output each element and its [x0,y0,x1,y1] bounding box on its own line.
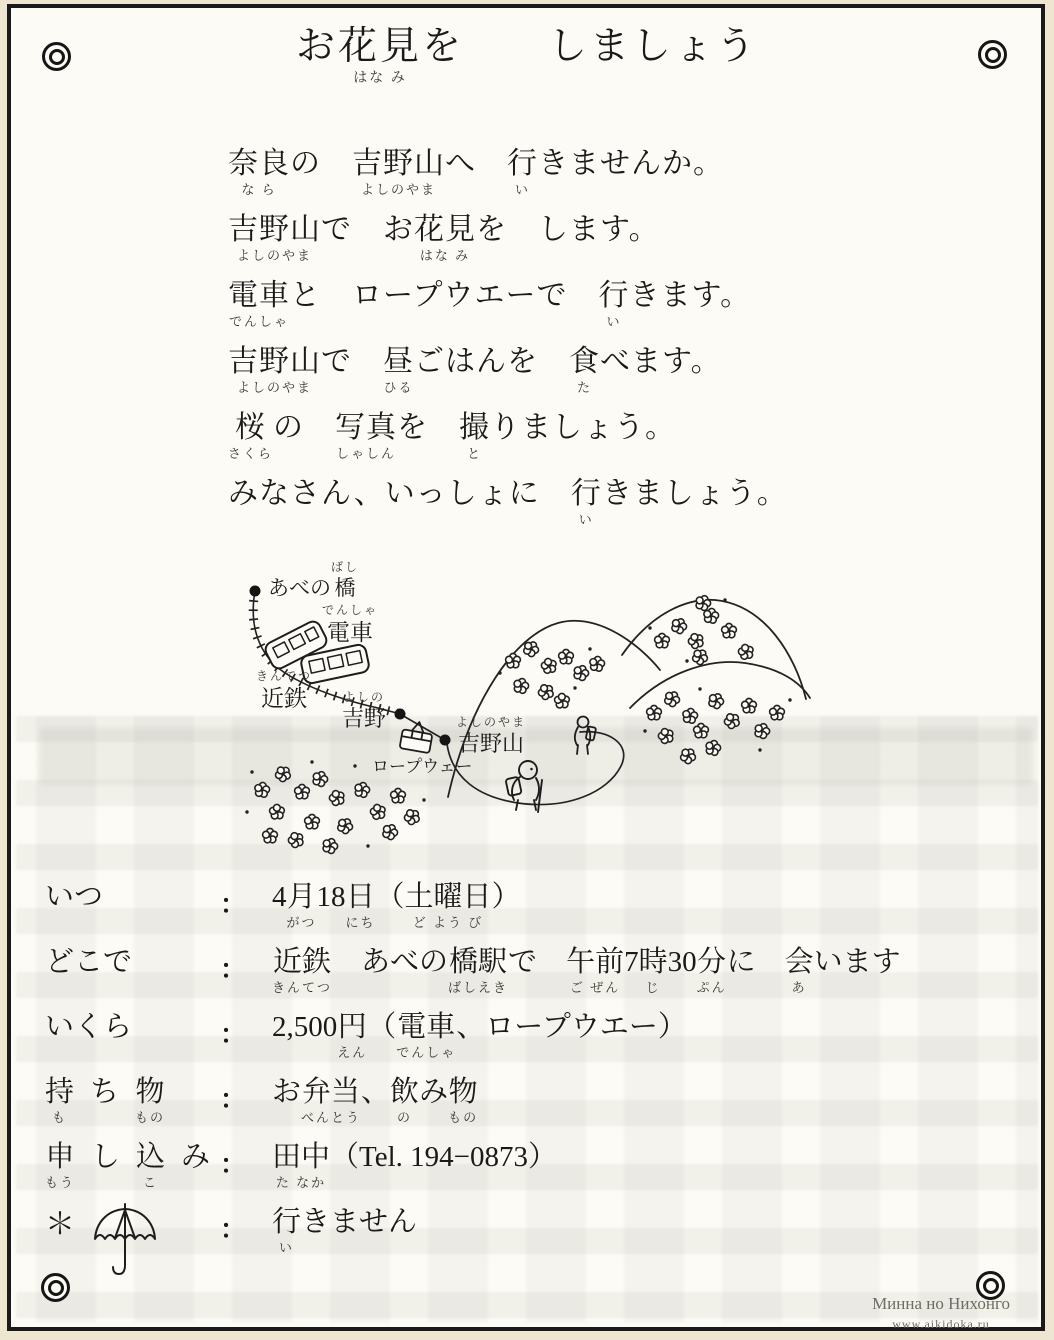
detail-value: お弁当べんとう、飲のみ物もの [272,1075,1036,1126]
detail-row-cost: いくら ： 2,500円えん（電車でんしゃ、ロープウエー） [45,1010,1036,1075]
detail-label: いくら [45,1010,220,1061]
invitation-text: 奈良な らの 吉野山よしのやまへ 行いきませんか。 吉野山よしのやまで お花見は… [228,146,788,542]
detail-row-when: いつ ： 4月がつ18日にち（土曜日ど よう び） [45,880,1036,945]
colon-separator: ： [220,1140,272,1181]
detail-row-bring: 持もち物もの ： お弁当べんとう、飲のみ物もの [45,1075,1036,1140]
text-line: 奈良な らの 吉野山よしのやまへ 行いきませんか。 [228,146,788,212]
detail-value: 行いきません [272,1205,1036,1256]
colon-separator: ： [220,880,272,921]
watermark: Минна но Нихонго www.aikidoka.ru [872,1293,1010,1332]
text-line: 吉野山よしのやまで お花見はな みを します。 [228,212,788,278]
colon-separator: ： [220,1075,272,1116]
text-line: 吉野山よしのやまで 昼ひるごはんを 食たべます。 [228,344,788,410]
detail-value: 2,500円えん（電車でんしゃ、ロープウエー） [272,1010,1036,1061]
detail-row-apply: 申もうし込こみ ： 田中た なか（Tel. 194−0873） [45,1140,1036,1205]
station-dot-yoshinoyama [440,735,451,746]
grommet-top-left [42,42,71,71]
station-dot-yoshino [395,709,406,720]
station-dot-abenobashi [250,586,261,597]
text-line: みなさん、いっしょに 行いきましょう。 [228,476,788,542]
detail-label: いつ [45,880,220,931]
details-list: いつ ： 4月がつ18日にち（土曜日ど よう び） どこで ： 近鉄きんてつ あ… [45,880,1036,1270]
detail-label: どこで [45,945,220,996]
text-line: 桜さくらの 写真しゃしんを 撮とりましょう。 [228,410,788,476]
detail-label: 持もち物もの [45,1075,220,1126]
map-label-yoshinoyama: 吉野山よしのやま [456,716,526,757]
hiker-icon-small [575,717,596,755]
map-label-yoshino: 吉野よしの [342,691,386,732]
detail-label: ＊ [45,1205,220,1281]
colon-separator: ： [220,1205,272,1246]
watermark-url: www.aikidoka.ru [872,1316,1010,1332]
colon-separator: ： [220,945,272,986]
hills [448,600,810,797]
detail-row-where: どこで ： 近鉄きんてつ あべの橋駅ばしえきで 午前ご ぜん7時じ30分ぷんに … [45,945,1036,1010]
grommet-top-right [978,40,1007,69]
detail-value: 近鉄きんてつ あべの橋駅ばしえきで 午前ご ぜん7時じ30分ぷんに 会あいます [272,945,1036,996]
detail-value: 田中た なか（Tel. 194−0873） [272,1140,1036,1191]
colon-separator: ： [220,1010,272,1051]
detail-label: 申もうし込こみ [45,1140,220,1191]
map-label-abenobashi: あべの橋ばし [268,561,359,601]
map-label-kintetsu: 近鉄きんてつ [256,670,312,713]
umbrella-icon [91,1201,159,1281]
map-label-densha: 電車でんしゃ [322,604,378,647]
cable-car-icon [400,719,435,753]
watermark-title: Минна но Нихонго [872,1293,1010,1316]
asterisk-marker: ＊ [45,1205,75,1259]
detail-value: 4月がつ18日にち（土曜日ど よう び） [272,880,1036,931]
detail-row-rain: ＊ ： 行いきません [45,1205,1036,1270]
page-title: お花見はな みを しましょう [0,24,1054,89]
grommet-bottom-left [41,1273,70,1302]
text-line: 電車でんしゃと ロープウエーで 行いきます。 [228,278,788,344]
map-label-ropeway: ロープウェー [372,757,472,793]
scanned-flyer-page: { "title": { "segments": [{"t":"お"},{"t"… [0,0,1054,1340]
